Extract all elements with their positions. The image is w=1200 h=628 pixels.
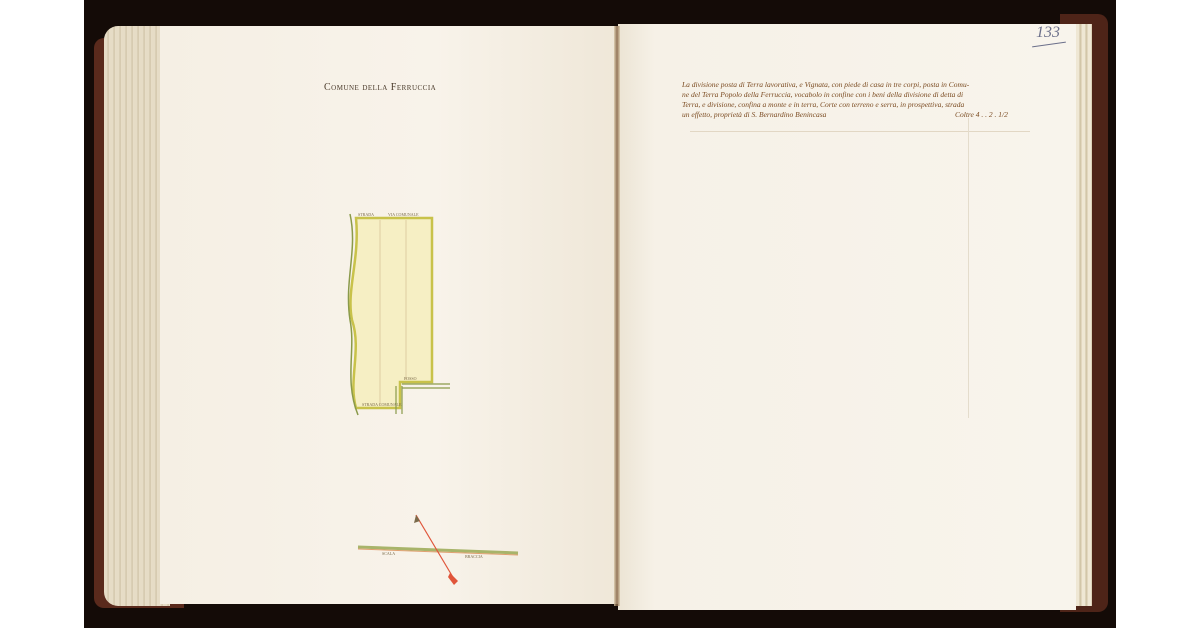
svg-text:SCALA: SCALA (382, 551, 395, 556)
svg-text:VIA COMUNALE: VIA COMUNALE (388, 212, 419, 217)
parcel-map: STRADA VIA COMUNALE STRADA COMUNALE FOSS… (340, 210, 460, 420)
svg-text:STRADA: STRADA (358, 212, 374, 217)
scale-and-compass: SCALA BRACCIA (350, 505, 530, 595)
svg-text:FOSSO: FOSSO (404, 376, 417, 381)
entry-line: Terra, e divisione, confina a monte e in… (682, 100, 982, 110)
entry-rule (690, 131, 1030, 132)
column-rule (968, 118, 969, 418)
folio-number: 133 (1036, 24, 1060, 42)
land-valuation: Coltre 4 . . 2 . 1/2 (955, 110, 1008, 119)
entry-line: La divisione posta di Terra lavorativa, … (682, 80, 982, 90)
entry-line: un effetto, proprietà di S. Bernardino B… (682, 110, 982, 120)
svg-text:BRACCIA: BRACCIA (465, 554, 483, 559)
entry-line: ne del Terra Popolo della Ferruccia, voc… (682, 90, 982, 100)
map-title: Comune della Ferruccia (324, 82, 436, 93)
svg-text:STRADA COMUNALE: STRADA COMUNALE (362, 402, 402, 407)
compass-scale-drawing: SCALA BRACCIA (350, 505, 530, 595)
parcel-map-drawing: STRADA VIA COMUNALE STRADA COMUNALE FOSS… (340, 210, 460, 420)
book-gutter (614, 26, 620, 606)
manuscript-entry: La divisione posta di Terra lavorativa, … (682, 80, 982, 120)
